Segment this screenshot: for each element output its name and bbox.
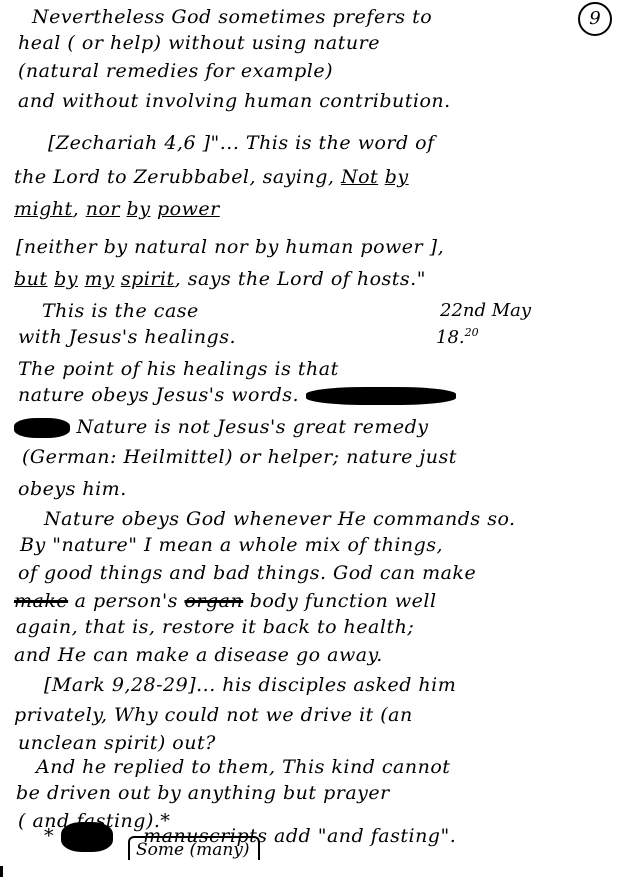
line-20-text-b: body function well	[250, 590, 437, 612]
time-value: 18.	[436, 327, 465, 348]
scribbled-out-word-3	[61, 822, 113, 852]
line-19: of good things and bad things. God can m…	[18, 560, 476, 586]
line-23: [Mark 9,28-29]... his disciples asked hi…	[44, 672, 456, 698]
line-9: but by my spirit, says the Lord of hosts…	[14, 266, 426, 292]
line-9-text: says the Lord of hosts."	[188, 268, 426, 290]
struck-word-make: make	[14, 590, 68, 612]
underlined-by: by	[385, 166, 409, 188]
scribbled-out-word	[306, 387, 456, 405]
handwritten-page: 9 Nevertheless God sometimes prefers to …	[0, 0, 638, 877]
underlined-might: might	[14, 198, 73, 220]
date-note: 22nd May	[440, 300, 531, 321]
scribbled-out-word-2	[14, 418, 70, 438]
underlined-my: my	[85, 268, 115, 290]
line-21: again, that is, restore it back to healt…	[16, 614, 414, 640]
line-26: And he replied to them, This kind cannot	[36, 754, 450, 780]
underlined-by-2: by	[127, 198, 151, 220]
line-13-text: nature obeys Jesus's words.	[18, 384, 299, 406]
line-8: [neither by natural nor by human power ]…	[16, 234, 444, 260]
line-12: The point of his healings is that	[18, 356, 339, 382]
struck-word-organ: organ	[184, 590, 243, 612]
underlined-power: power	[157, 198, 220, 220]
line-1: Nevertheless God sometimes prefers to	[32, 4, 432, 30]
underlined-nor: nor	[86, 198, 120, 220]
inserted-note: Some (many)	[128, 836, 260, 860]
time-superscript: 20	[465, 326, 479, 339]
line-5: [Zechariah 4,6 ]"... This is the word of	[48, 130, 435, 156]
line-11: with Jesus's healings.	[18, 324, 236, 350]
line-10: This is the case	[42, 298, 199, 324]
line-7: might, nor by power	[14, 196, 220, 222]
line-18: By "nature" I mean a whole mix of things…	[20, 532, 443, 558]
line-20: make a person's organ body function well	[14, 588, 437, 614]
line-6: the Lord to Zerubbabel, saying, Not by	[14, 164, 409, 190]
line-15: (German: Heilmittel) or helper; nature j…	[22, 444, 457, 470]
underlined-not: Not	[341, 166, 378, 188]
underlined-spirit: spirit	[121, 268, 175, 290]
line-27: be driven out by anything but prayer	[16, 780, 390, 806]
underlined-by-3: by	[54, 268, 78, 290]
line-25: unclean spirit) out?	[18, 730, 216, 756]
time-note: 18.20	[436, 326, 479, 348]
line-14-text: Nature is not Jesus's great remedy	[77, 416, 429, 438]
line-2: heal ( or help) without using nature	[18, 30, 380, 56]
scan-edge-mark	[0, 866, 3, 877]
line-20-text-a: a person's	[75, 590, 178, 612]
line-4: and without involving human contribution…	[18, 88, 451, 114]
line-16: obeys him.	[18, 476, 127, 502]
line-24: privately, Why could not we drive it (an	[14, 702, 413, 728]
line-22: and He can make a disease go away.	[14, 642, 383, 668]
line-17: Nature obeys God whenever He commands so…	[44, 506, 516, 532]
line-13: nature obeys Jesus's words.	[18, 382, 456, 408]
underlined-but: but	[14, 268, 48, 290]
line-3: (natural remedies for example)	[18, 58, 333, 84]
line-6-text: the Lord to Zerubbabel, saying,	[14, 166, 334, 188]
page-number-circle: 9	[578, 2, 612, 36]
line-14: Nature is not Jesus's great remedy	[14, 414, 429, 440]
footnote-marker: *	[44, 825, 54, 847]
